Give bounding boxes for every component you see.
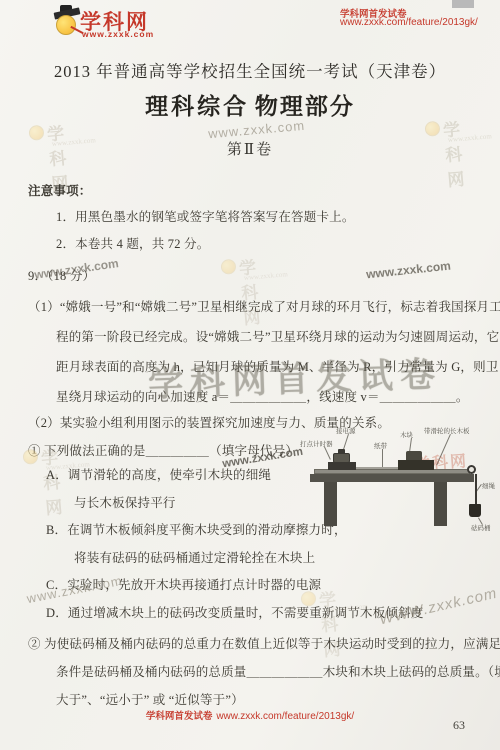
diagram-label-tape: 纸带 xyxy=(374,441,387,450)
scan-corner-artifact xyxy=(452,0,474,8)
watermark-url: www.zxxk.com xyxy=(366,259,452,282)
q9-option-b-line2: 将装有砝码的砝码桶通过定滑轮拴在木块上 xyxy=(74,548,315,566)
table-top xyxy=(310,474,474,482)
ticker-timer-knob xyxy=(338,449,345,454)
diagram-label-power: 接电源 xyxy=(336,426,356,435)
table-leg-right xyxy=(434,482,447,526)
diagram-label-string: 细绳 xyxy=(482,481,495,490)
label-line xyxy=(436,434,451,465)
q9-option-d: D．通过增减木块上的砝码改变质量时，不需要重新调节木板倾斜度 xyxy=(46,603,424,621)
table-leg-left xyxy=(324,482,337,526)
q9-part1-line4: 星绕月球运动的向心加速度 a＝＿＿＿＿＿＿，线速度 v＝＿＿＿＿＿＿。 xyxy=(56,387,469,405)
q9-option-a-line1: A．调节滑轮的高度，使牵引木块的细绳 xyxy=(46,465,271,483)
ticker-timer-base xyxy=(328,462,356,470)
zxxk-mascot-icon xyxy=(52,5,78,43)
apparatus-diagram: 接电源 打点计时器 纸带 木块 带滑轮的长木板 细绳 砝码桶 学科网 xyxy=(298,424,498,536)
notice-heading: 注意事项： xyxy=(28,181,92,199)
question-9-label: 9．（18 分） xyxy=(28,266,95,284)
mascot-face xyxy=(56,15,76,35)
q9-option-a-line2: 与长木板保持平行 xyxy=(74,493,176,511)
ticker-timer-body xyxy=(333,453,350,463)
page-number: 63 xyxy=(453,718,465,733)
footer-url: www.zxxk.com/feature/2013gk/ xyxy=(216,711,354,722)
label-line xyxy=(382,449,383,468)
brand-logo-url: www.zxxk.com xyxy=(82,29,154,39)
q9-sub2-line2: 条件是砝码桶及桶内砝码的总质量＿＿＿＿＿＿木块和木块上砝码的总质量。（填“远 xyxy=(56,662,500,680)
subject-title-right: 物理部分 xyxy=(255,93,355,119)
q9-sub1-prompt: ① 下列做法正确的是＿＿＿＿＿（填字母代号） xyxy=(28,441,298,459)
q9-part1-line2: 程的第一阶段已经完成。设“嫦娥二号”卫星环绕月球的运动为匀速圆周运动，它 xyxy=(56,327,499,345)
diagram-label-timer: 打点计时器 xyxy=(300,439,333,448)
q9-part1-line3: 距月球表面的高度为 h，已知月球的质量为 M、半径为 R，引力常量为 G，则卫 xyxy=(56,357,499,375)
footer-brand: 学科网首发试卷 xyxy=(146,711,213,722)
weight-bucket xyxy=(469,504,481,517)
header-right-url: www.zxxk.com/feature/2013gk/ xyxy=(340,17,478,28)
pulley xyxy=(467,465,476,474)
exam-paper-page: 学科网 www.zxxk.com 学科网首发试卷 www.zxxk.com/fe… xyxy=(0,0,500,750)
volume-title: 第Ⅱ卷 xyxy=(0,138,500,159)
q9-sub2-line1: ② 为使砝码桶及桶内砝码的总重力在数值上近似等于木块运动时受到的拉力，应满足的 xyxy=(28,634,500,652)
notice-item-2: 2．本卷共 4 题，共 72 分。 xyxy=(56,234,209,252)
paper-tape xyxy=(356,467,404,469)
block-weight xyxy=(406,451,422,460)
subject-title-left: 理科综合 xyxy=(145,94,249,119)
label-line xyxy=(324,447,331,460)
q9-part1-line1: （1）“嫦娥一号”和“嫦娥二号”卫星相继完成了对月球的环月飞行，标志着我国探月工 xyxy=(28,297,500,315)
notice-item-1: 1．用黑色墨水的钢笔或签字笔将答案写在答题卡上。 xyxy=(56,207,355,225)
wood-block xyxy=(398,460,434,470)
diagram-label-board: 带滑轮的长木板 xyxy=(424,426,470,435)
string xyxy=(475,474,477,504)
exam-title: 2013 年普通高等学校招生全国统一考试（天津卷） xyxy=(0,58,500,82)
q9-option-c: C．实验时，先放开木块再接通打点计时器的电源 xyxy=(46,575,321,593)
